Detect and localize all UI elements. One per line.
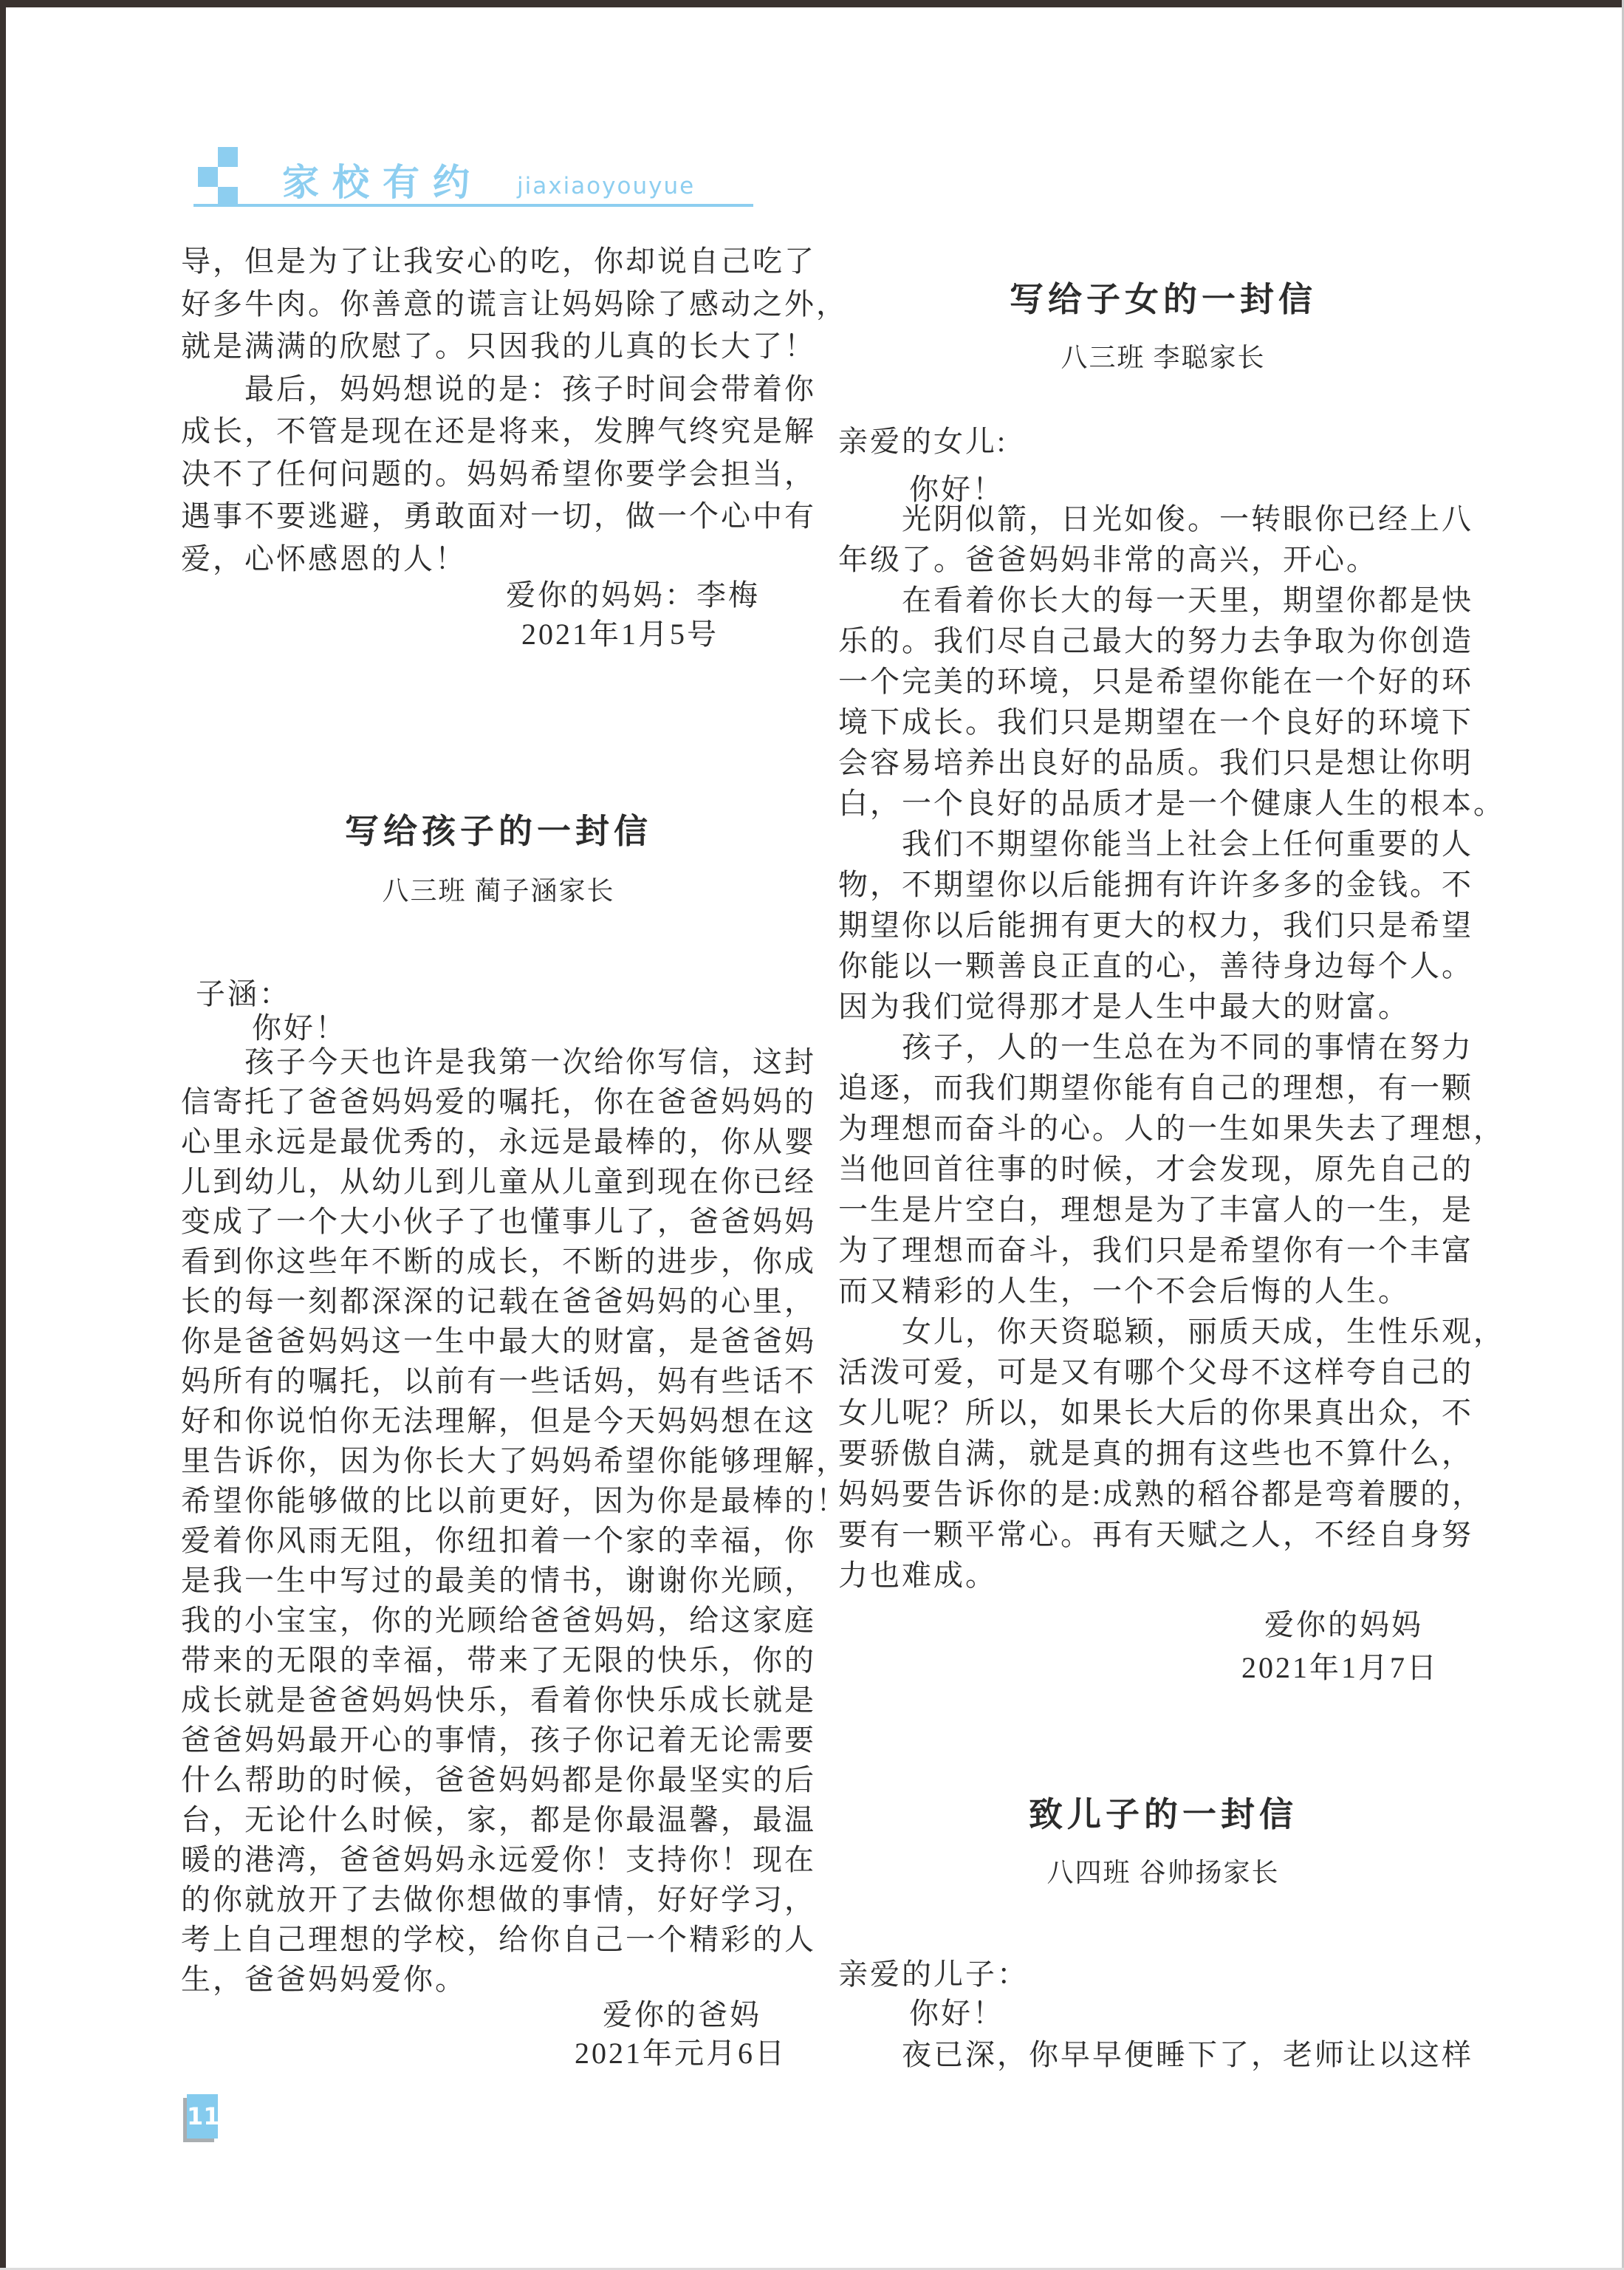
letter2-line: 带来的无限的幸福，带来了无限的快乐，你的: [181, 1641, 816, 1681]
letter2-line: 的你就放开了去做你想做的事情，好好学习，: [181, 1880, 816, 1920]
letter3-line: 孩子，人的一生总在为不同的事情在努力: [838, 1027, 1488, 1067]
letter1-line: 决不了任何问题的。妈妈希望你要学会担当，: [181, 453, 816, 496]
letter3-line: 而又精彩的人生，一个不会后悔的人生。: [838, 1271, 1488, 1311]
letter1-line: 就是满满的欣慰了。只因我的儿真的长大了！: [181, 325, 816, 368]
letter3-line: 为理想而奋斗的心。人的一生如果失去了理想，: [838, 1108, 1488, 1149]
letter2-line: 妈所有的嘱托，以前有一些话妈，妈有些话不: [181, 1361, 816, 1401]
letter2-line: 生，爸爸妈妈爱你。: [181, 1960, 816, 2000]
letter2-line: 孩子今天也许是我第一次给你写信，这封: [181, 1042, 816, 1082]
letter3-salutation: 亲爱的女儿:: [838, 421, 1488, 462]
letter3-line: 力也难成。: [838, 1555, 1488, 1596]
letter2-line: 成长就是爸爸妈妈快乐，看着你快乐成长就是: [181, 1681, 816, 1720]
letter4-line: 夜已深，你早早便睡下了，老师让以这样: [838, 2034, 1488, 2075]
letter3-date: 2021年1月7日: [838, 1647, 1488, 1688]
letter2-line: 台，无论什么时候，家，都是你最温馨，最温: [181, 1800, 816, 1840]
letter2-line: 信寄托了爸爸妈妈爱的嘱托，你在爸爸妈妈的: [181, 1082, 816, 1122]
section-title-pinyin: jiaxiaoyouyue: [517, 173, 695, 199]
letter2-line: 希望你能够做的比以前更好，因为你是最棒的！: [181, 1481, 816, 1521]
letter2-line: 是我一生中写过的最美的情书，谢谢你光顾，: [181, 1561, 816, 1601]
letter3-line: 为了理想而奋斗，我们只是希望你有一个丰富: [838, 1230, 1488, 1271]
letter2-line: 暖的港湾，爸爸妈妈永远爱你！支持你！现在: [181, 1840, 816, 1880]
letter3-line: 年级了。爸爸妈妈非常的高兴，开心。: [838, 539, 1488, 580]
page-number-badge: 119: [187, 2094, 218, 2139]
letter4-salutation: 亲爱的儿子：: [838, 1954, 1488, 1994]
letter3-line: 追逐，而我们期望你能有自己的理想，有一颗: [838, 1067, 1488, 1108]
letter2-line: 爱着你风雨无阻，你纽扣着一个家的幸福，你: [181, 1521, 816, 1561]
logo-square-top-icon: [218, 147, 238, 167]
letter3-line: 当他回首往事的时候，才会发现，原先自己的: [838, 1149, 1488, 1189]
letter1-line: 爱，心怀感恩的人！: [181, 538, 816, 581]
letter4-author: 八四班 谷帅扬家长: [838, 1856, 1488, 1890]
letter2-line: 好和你说怕你无法理解，但是今天妈妈想在这: [181, 1401, 816, 1441]
letter3-line: 要有一颗平常心。再有天赋之人，不经自身努: [838, 1514, 1488, 1555]
letter3-line: 活泼可爱，可是又有哪个父母不这样夸自己的: [838, 1352, 1488, 1392]
scan-edge-left: [0, 0, 6, 2270]
letter3-line: 在看着你长大的每一天里，期望你都是快: [838, 580, 1488, 621]
letter1-line: 最后，妈妈想说的是：孩子时间会带着你: [181, 368, 816, 411]
letter2-line: 看到你这些年不断的成长，不断的进步，你成: [181, 1242, 816, 1282]
letter1-signature: 爱你的妈妈：李梅: [181, 575, 816, 615]
letter2-line: 考上自己理想的学校，给你自己一个精彩的人: [181, 1920, 816, 1960]
letter4-body: 夜已深，你早早便睡下了，老师让以这样: [838, 2034, 1488, 2075]
scan-edge-top: [0, 0, 1624, 7]
letter3-line: 你能以一颗善良正直的心，善待身边每个人。: [838, 946, 1488, 986]
letter3-line: 会容易培养出良好的品质。我们只是想让你明: [838, 742, 1488, 783]
letter1-body: 导，但是为了让我安心的吃，你却说自己吃了好多牛肉。你善意的谎言让妈妈除了感动之外…: [181, 240, 816, 580]
letter2-date: 2021年元月6日: [181, 2033, 816, 2074]
letter3-line: 妈妈要告诉你的是:成熟的稻谷都是弯着腰的，: [838, 1474, 1488, 1514]
letter3-line: 我们不期望你能当上社会上任何重要的人: [838, 824, 1488, 864]
letter2-author: 八三班 蔺子涵家长: [181, 874, 816, 908]
letter2-line: 你是爸爸妈妈这一生中最大的财富，是爸爸妈: [181, 1322, 816, 1361]
logo-square-middle-icon: [198, 167, 218, 187]
letter2-line: 心里永远是最优秀的，永远是最棒的，你从婴: [181, 1122, 816, 1162]
letter2-signature: 爱你的爸妈: [181, 1994, 816, 2035]
letter3-author: 八三班 李聪家长: [838, 341, 1488, 375]
letter2-line: 我的小宝宝，你的光顾给爸爸妈妈，给这家庭: [181, 1601, 816, 1641]
letter2-line: 爸爸妈妈最开心的事情，孩子你记着无论需要: [181, 1720, 816, 1760]
letter2-line: 什么帮助的时候，爸爸妈妈都是你最坚实的后: [181, 1760, 816, 1800]
letter3-line: 乐的。我们尽自己最大的努力去争取为你创造: [838, 621, 1488, 661]
letter3-line: 一生是片空白，理想是为了丰富人的一生，是: [838, 1189, 1488, 1230]
letter3-line: 物，不期望你以后能拥有许许多多的金钱。不: [838, 864, 1488, 905]
letter3-line: 因为我们觉得那才是人生中最大的财富。: [838, 986, 1488, 1027]
letter1-line: 遇事不要逃避，勇敢面对一切，做一个心中有: [181, 495, 816, 538]
letter3-line: 女儿，你天资聪颖，丽质天成，生性乐观，: [838, 1311, 1488, 1352]
letter3-title: 写给子女的一封信: [838, 276, 1488, 324]
letter3-body: 光阴似箭，日光如俊。一转眼你已经上八年级了。爸爸妈妈非常的高兴，开心。 在看着你…: [838, 499, 1488, 1596]
letter3-line: 光阴似箭，日光如俊。一转眼你已经上八: [838, 499, 1488, 539]
letter3-line: 要骄傲自满，就是真的拥有这些也不算什么，: [838, 1433, 1488, 1474]
letter1-line: 好多牛肉。你善意的谎言让妈妈除了感动之外，: [181, 283, 816, 326]
letter4-greeting: 你好！: [838, 1993, 1559, 2034]
section-title: 家校有约: [282, 163, 483, 202]
letter1-line: 成长，不管是现在还是将来，发脾气终究是解: [181, 410, 816, 453]
letter3-line: 境下成长。我们只是期望在一个良好的环境下: [838, 702, 1488, 742]
letter1-line: 导，但是为了让我安心的吃，你却说自己吃了: [181, 240, 816, 283]
letter3-line: 一个完美的环境，只是希望你能在一个好的环: [838, 661, 1488, 702]
letter3-line: 白，一个良好的品质才是一个健康人生的根本。: [838, 783, 1488, 824]
letter2-line: 里告诉你，因为你长大了妈妈希望你能够理解，: [181, 1441, 816, 1481]
letter2-line: 儿到幼儿，从幼儿到儿童从儿童到现在你已经: [181, 1162, 816, 1202]
letter2-title: 写给孩子的一封信: [181, 808, 816, 855]
letter2-line: 变成了一个大小伙子了也懂事儿了，爸爸妈妈: [181, 1202, 816, 1242]
letter2-body: 孩子今天也许是我第一次给你写信，这封信寄托了爸爸妈妈爱的嘱托，你在爸爸妈妈的心里…: [181, 1042, 816, 2000]
header-underline: [193, 204, 753, 207]
letter2-line: 长的每一刻都深深的记载在爸爸妈妈的心里，: [181, 1282, 816, 1322]
magazine-page: 家校有约 jiaxiaoyouyue 导，但是为了让我安心的吃，你却说自己吃了好…: [0, 0, 1624, 2270]
letter3-signature: 爱你的妈妈: [838, 1604, 1488, 1645]
letter1-date: 2021年1月5号: [181, 614, 816, 654]
letter3-line: 女儿呢？所以，如果长大后的你果真出众，不: [838, 1392, 1488, 1433]
letter3-line: 期望你以后能拥有更大的权力，我们只是希望: [838, 905, 1488, 946]
letter4-title: 致儿子的一封信: [838, 1791, 1488, 1839]
